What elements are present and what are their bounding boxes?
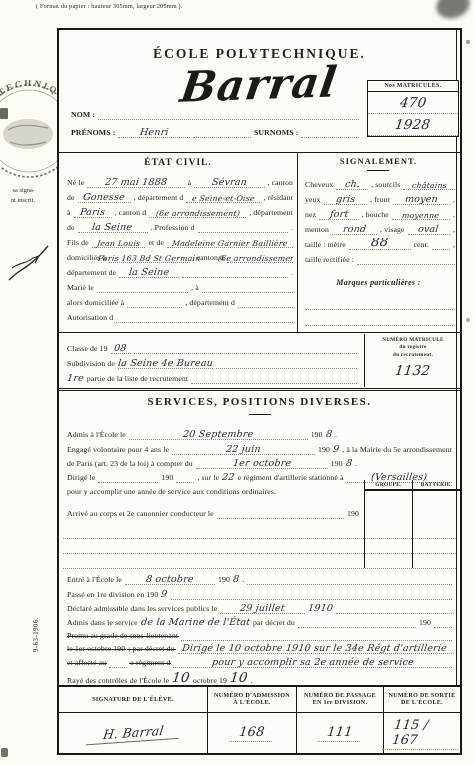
blank-line: Sévran xyxy=(194,176,264,188)
birth-line: Né le 27 mai 1888 à Sévran , canton xyxy=(67,176,293,188)
printed-label: et de xyxy=(148,238,163,248)
eyes-value: gris xyxy=(335,194,356,205)
blank-line: Gonesse xyxy=(78,191,131,203)
blank-line: fort xyxy=(319,208,358,220)
title-dash xyxy=(367,170,389,171)
printed-label: menton xyxy=(305,225,329,235)
hair-line: Cheveux ch. , sourcils châtains xyxy=(305,178,455,190)
header-line: NUMÉRO DE SORTIE xyxy=(384,693,460,699)
directed-regiment-note: Dirigé le 10 octobre 1910 sur le 34e Rég… xyxy=(182,643,448,654)
height-line: taille : mètre 88 cent. , xyxy=(305,238,455,250)
second-year-service-note: pour y accomplir sa 2e année de service xyxy=(211,657,414,668)
forehead-value: moyen xyxy=(404,194,438,205)
printed-label: Fils de xyxy=(67,238,89,248)
blank-line: (6e arrondissement) xyxy=(149,206,246,218)
handwritten-paraphe xyxy=(6,238,52,284)
cut-off-margin-text: sa signa- nt inscrit. xyxy=(0,186,35,205)
printed-label: partie de la liste de recrutement xyxy=(87,374,188,384)
blank-line: 27 mai 1888 xyxy=(87,176,184,188)
signature-cell: H. Barral xyxy=(59,713,207,753)
printed-label: , sourcils xyxy=(371,180,400,190)
printed-label: , département d xyxy=(185,298,235,308)
classe-line: Classe de 19 08 xyxy=(67,342,357,354)
printed-label: Admis à l'École le xyxy=(67,430,126,440)
title-dash xyxy=(249,414,271,415)
affected-overwrite-line: et affecté au e régiment d pour y accomp… xyxy=(67,656,452,668)
blank-line: Paris 163 Bd St Germain xyxy=(109,251,189,263)
struck-printed-text: et affecté au xyxy=(67,658,106,668)
blank-ruled-line xyxy=(63,527,456,539)
passage-header: NUMÉRO DE PASSAGE EN 1re DIVISION. xyxy=(297,687,383,713)
printed-label: Passé en 1re division en 190 xyxy=(67,590,158,600)
state-service-line: Admis dans le service de la Marine de l'… xyxy=(67,616,452,628)
admission-header: NUMÉRO D'ADMISSION À L'ÉCOLE. xyxy=(208,687,296,713)
blank-line: oval xyxy=(408,223,450,235)
authorization-line: Autorisation d xyxy=(67,311,293,323)
printed-label: Marié le xyxy=(67,283,94,293)
blank-line xyxy=(238,296,293,308)
matricule-1132: 1132 xyxy=(394,363,431,379)
residence-canton: (6e arrondissement) xyxy=(155,209,240,218)
nose-value: fort xyxy=(329,209,349,220)
face-value: oval xyxy=(418,224,440,235)
printed-label: de xyxy=(67,193,75,203)
blank-line xyxy=(298,616,416,628)
entry-date: 8 octobre xyxy=(145,574,194,585)
printed-label: . xyxy=(242,575,244,585)
eyes-line: yeux gris , front moyen , xyxy=(305,193,455,205)
blank-line xyxy=(193,126,251,138)
printed-label: 190 xyxy=(218,575,230,585)
exit-number-cell: 115 / 167 xyxy=(384,713,460,753)
student-signature: H. Barral xyxy=(86,722,181,746)
printed-label: , xyxy=(453,240,455,250)
blank-line xyxy=(305,298,453,310)
printed-label: , à xyxy=(191,283,199,293)
blank-line xyxy=(63,557,456,569)
blank-line: moyenne xyxy=(392,208,450,220)
batterie-column: BATTERIE. xyxy=(412,480,460,568)
marks-title: Marques particulières : xyxy=(297,278,460,287)
admission-number-cell: 168 xyxy=(208,713,296,753)
box-title-line: du registre xyxy=(365,344,461,352)
admission-number-column: NUMÉRO D'ADMISSION À L'ÉCOLE. 168 xyxy=(207,687,296,753)
height-value: 88 xyxy=(370,238,390,250)
nose-line: nez fort , bouche moyenne , xyxy=(305,208,455,220)
blank-line: moyen xyxy=(393,193,450,205)
printed-label: Classe de 19 xyxy=(67,344,108,354)
scan-speck xyxy=(466,318,470,322)
subdivision-value: la Seine 4e Bureau xyxy=(117,358,213,369)
chin-value: rond xyxy=(342,224,367,235)
blank-line: 88 xyxy=(349,238,411,250)
printed-label: , résidant xyxy=(263,193,293,203)
first-division-line: Passé en 1re division en 190 9 xyxy=(67,588,452,600)
printed-label: yeux xyxy=(305,195,321,205)
blank-line xyxy=(202,281,293,293)
cut-line: nt inscrit. xyxy=(0,196,35,206)
printed-label: , xyxy=(453,225,455,235)
exit-number-column: NUMÉRO DE SORTIE DE L'ÉCOLE. 115 / 167 xyxy=(383,687,460,753)
prenoms-line: PRÉNOMS : Henri SURNOMS : xyxy=(71,126,359,138)
promoted-struck-line: Promu au grade de sous-lieutenant xyxy=(67,629,452,641)
recruitment-matricule-value: 1132 xyxy=(365,362,461,380)
blank-line xyxy=(98,471,158,483)
passage-number: 111 xyxy=(317,725,363,742)
printed-label: , canton d xyxy=(115,208,147,218)
printed-label: alors domiciliée à xyxy=(67,298,124,308)
father-name: Jean Louis xyxy=(96,239,140,248)
groupe-batterie-table: GROUPE. BATTERIE. xyxy=(364,480,460,568)
directed-overwrite-line: le 1er octobre 190 ; par décret du Dirig… xyxy=(67,642,452,654)
prenoms-label: PRÉNOMS : xyxy=(71,128,115,138)
groupe-header: GROUPE. xyxy=(365,480,412,491)
printed-label: , front xyxy=(370,195,390,205)
printed-label: Entré à l'École le xyxy=(67,575,122,585)
admissible-date: 29 juillet xyxy=(240,603,286,614)
parents-departement: la Seine xyxy=(128,267,170,278)
printed-label: Né le xyxy=(67,178,84,188)
box-title-line: du recrutement. xyxy=(365,352,461,360)
printed-label: Autorisation d xyxy=(67,313,113,323)
matricule-value-1: 470 xyxy=(368,92,458,114)
exit-header: NUMÉRO DE SORTIE DE L'ÉCOLE. xyxy=(384,687,460,713)
marriage-line: Marié le , à xyxy=(67,281,293,293)
matricule-value-2: 1928 xyxy=(368,114,458,136)
printed-label: pour y accomplir une année de service au… xyxy=(67,487,276,497)
canton-value: Gonesse xyxy=(83,192,126,203)
batterie-header: BATTERIE. xyxy=(413,480,460,491)
printed-label: Engagé volontaire pour 4 ans le xyxy=(67,445,169,455)
surname-handwritten: Barral xyxy=(151,56,368,113)
engagement-year: 9 xyxy=(332,444,340,455)
header-line: NUMÉRO D'ADMISSION xyxy=(208,693,296,699)
groupe-column: GROUPE. xyxy=(364,480,412,568)
blank-line: 22 juin xyxy=(172,443,315,455)
nom-label: NOM : xyxy=(71,110,95,120)
blank-line xyxy=(216,357,357,369)
blank-line xyxy=(171,588,452,600)
services-title: SERVICES, POSITIONS DIVERSES. xyxy=(59,396,460,408)
birth-date: 27 mai 1888 xyxy=(104,177,168,188)
printed-label: . xyxy=(335,430,337,440)
printed-label: taille rectifiée : xyxy=(305,255,354,265)
blank-line xyxy=(301,126,359,138)
printed-label: . Profession d xyxy=(151,223,195,233)
cut-line: sa signa- xyxy=(0,186,35,196)
blank-line: 08 xyxy=(111,342,131,354)
admission-number: 168 xyxy=(229,725,275,742)
height-corrected-line: taille rectifiée : xyxy=(305,253,455,265)
recruitment-box-title: NUMÉRO MATRICULE du registre du recrutem… xyxy=(365,334,461,360)
blank-line xyxy=(97,281,188,293)
printed-label: 190 xyxy=(331,459,343,469)
effective-date: 1er octobre xyxy=(232,458,292,469)
matricule-box-title: Nos MATRICULES. xyxy=(368,81,458,92)
inner-border-line xyxy=(456,30,457,753)
printed-label: cent. xyxy=(414,240,429,250)
header-line: SIGNATURE DE L'ÉLÈVE. xyxy=(59,697,207,703)
matricule-1: 470 xyxy=(399,95,427,111)
blank-line: ch. xyxy=(336,178,368,190)
blank-line: pour y accomplir sa 2e année de service xyxy=(173,656,452,668)
arrived-corps-line: Arrivé au corps et 2e canonnier conducte… xyxy=(67,507,359,519)
residence-departement: la Seine xyxy=(92,222,134,233)
printed-label: , xyxy=(453,210,455,220)
printed-label: taille : mètre xyxy=(305,240,346,250)
printed-label: 190 xyxy=(419,618,431,628)
blank-line xyxy=(336,602,452,614)
footer-numbers-table: SIGNATURE DE L'ÉLÈVE. H. Barral NUMÉRO D… xyxy=(59,685,460,753)
printed-label: Subdivision de xyxy=(67,359,115,369)
blank-line xyxy=(98,108,359,120)
mother-name: Madeleine Garnier Baillière xyxy=(172,239,289,248)
struck-printed-text: Promu au grade de sous-lieutenant xyxy=(67,631,178,641)
blank-line xyxy=(247,573,452,585)
subdivision-line: Subdivision de la Seine 4e Bureau xyxy=(67,357,357,369)
printed-label: 190 xyxy=(161,473,173,483)
parents-canton: (6e arrondissement) xyxy=(217,254,293,263)
entered-school-line: Entré à l'École le 8 octobre 190 8 . xyxy=(67,573,452,585)
blank-line: (6e arrondissement) xyxy=(227,251,293,263)
eyebrows-value: châtains xyxy=(411,181,447,190)
volunteer-line: Engagé volontaire pour 4 ans le 22 juin … xyxy=(67,443,452,455)
matricule-2: 1928 xyxy=(394,117,431,133)
printed-label: Arrivé au corps et 2e canonnier conducte… xyxy=(67,509,214,519)
blank-line: 1er octobre xyxy=(196,457,328,469)
signalement-title: SIGNALEMENT. xyxy=(297,156,460,166)
blank-line: 8 octobre xyxy=(125,573,215,585)
blank-line xyxy=(434,616,452,628)
header-line: À L'ÉCOLE. xyxy=(208,700,296,706)
blank-ruled-line xyxy=(63,557,456,569)
blank-line: la Seine 4e Bureau xyxy=(118,357,213,369)
domicile-line: domiciliés à Paris 163 Bd St Germain , c… xyxy=(67,251,293,263)
blank-line: la Seine xyxy=(78,221,148,233)
struck-printed-text: ; par décret du xyxy=(128,644,174,654)
matricule-box: Nos MATRICULES. 470 1928 xyxy=(367,80,459,137)
admissible-line: Déclaré admissible dans les services pub… xyxy=(67,602,452,614)
blank-line xyxy=(63,542,456,554)
admission-date: 20 Septembre xyxy=(182,429,254,440)
service-branch: de la Marine de l'État xyxy=(140,617,251,628)
passage-number-cell: 111 xyxy=(297,713,383,753)
residence-line: à Paris , canton d (6e arrondissement) ,… xyxy=(67,206,293,218)
prenoms-value: Henri xyxy=(139,127,169,138)
engagement-date: 22 juin xyxy=(225,444,261,455)
printed-label: 190 xyxy=(347,509,359,519)
blank-line xyxy=(182,266,288,278)
printed-label: de xyxy=(67,223,75,233)
printed-label: , à la Mairie du 5e arrondissement xyxy=(342,445,452,455)
admitted-line: Admis à l'École le 20 Septembre 190 8 . xyxy=(67,428,337,440)
chin-line: menton rond , visage oval , xyxy=(305,223,455,235)
liste-line: 1re partie de la liste de recrutement xyxy=(67,372,357,384)
printed-label: . xyxy=(355,459,357,469)
printed-label: à xyxy=(67,208,71,218)
profession-line: de la Seine . Profession d . xyxy=(67,221,293,233)
scan-speck xyxy=(1,748,8,757)
blank-line xyxy=(357,253,455,265)
blank-line: 29 juillet xyxy=(220,602,305,614)
column-divider xyxy=(297,152,298,333)
service-conditions-line: pour y accomplir une année de service au… xyxy=(67,487,357,497)
form-sheet: ÉCOLE POLYTECHNIQUE. Barral NOM : PRÉNOM… xyxy=(57,28,462,755)
blank-line xyxy=(217,507,344,519)
printed-label: par décret du xyxy=(253,618,295,628)
printed-label: département de xyxy=(67,268,116,278)
printed-label: , sur le xyxy=(197,473,219,483)
printed-label: , canton xyxy=(268,178,293,188)
scan-speck xyxy=(466,40,470,44)
blank-line: Henri xyxy=(118,126,190,138)
etat-civil-title: ÉTAT CIVIL. xyxy=(59,158,297,168)
printed-label: Dirigé le xyxy=(67,473,95,483)
regiment-number: 22 xyxy=(221,472,235,483)
blank-line xyxy=(305,314,453,326)
residence-city: Paris xyxy=(79,207,105,218)
printed-label: , département xyxy=(249,208,293,218)
blank-line xyxy=(191,372,357,384)
birth-place: Sévran xyxy=(211,177,247,188)
blank-line xyxy=(63,527,456,539)
struck-printed-text: e régiment d xyxy=(130,658,170,668)
blank-line xyxy=(198,221,288,233)
printed-label: . xyxy=(291,223,293,233)
printed-label: , département d xyxy=(134,193,184,203)
liste-part-value: 1re xyxy=(67,373,85,384)
blank-line xyxy=(116,311,293,323)
signature-column: SIGNATURE DE L'ÉLÈVE. H. Barral xyxy=(59,687,207,753)
blank-line: Dirigé le 10 octobre 1910 sur le 34e Rég… xyxy=(178,642,452,654)
admission-year: 8 xyxy=(325,429,333,440)
blank-line: Madeleine Garnier Baillière xyxy=(167,236,293,248)
exit-number: 115 / 167 xyxy=(382,718,462,750)
printed-label: , visage xyxy=(380,225,405,235)
struck-printed-text: le 1er octobre 190 xyxy=(67,644,125,654)
blank-line xyxy=(127,296,182,308)
division-year: 9 xyxy=(161,589,169,600)
printed-label: 190 xyxy=(318,445,330,455)
marks-blank-2 xyxy=(305,314,453,326)
mouth-value: moyenne xyxy=(402,211,440,220)
marks-blank-1 xyxy=(305,298,453,310)
ink-smudge xyxy=(433,0,473,23)
departement-line: département de la Seine . xyxy=(67,266,293,278)
printed-label: e régiment d'artillerie stationné à xyxy=(238,473,344,483)
printed-label: à xyxy=(188,178,192,188)
signature-header: SIGNATURE DE L'ÉLÈVE. xyxy=(59,687,207,713)
heavy-divider xyxy=(59,388,460,391)
effective-year: 8 xyxy=(345,458,353,469)
blank-line: châtains xyxy=(403,178,455,190)
box-title-line: NUMÉRO MATRICULE xyxy=(365,337,461,345)
spouse-domicile-line: alors domiciliée à , département d xyxy=(67,296,293,308)
blank-line: rond xyxy=(332,223,377,235)
printed-label: nez xyxy=(305,210,316,220)
header-line: EN 1re DIVISION. xyxy=(297,700,383,706)
blank-line xyxy=(109,656,127,668)
struck-off-line: Rayé des contrôles de l'École le 10 octo… xyxy=(67,670,317,686)
parents-line: Fils de Jean Louis et de Madeleine Garni… xyxy=(67,236,293,248)
printed-label: . xyxy=(291,268,293,278)
blank-line: Jean Louis xyxy=(92,236,146,248)
printed-label: Admis dans le service xyxy=(67,618,138,628)
blank-line xyxy=(432,238,450,250)
recruitment-matricule-box: NUMÉRO MATRICULE du registre du recrutem… xyxy=(364,334,461,387)
departement-value: e Seine-et-Oise xyxy=(192,194,256,203)
blank-line: gris xyxy=(324,193,368,205)
blank-line xyxy=(176,471,194,483)
effective-date-line: de Paris (art. 23 de la loi) à compter d… xyxy=(67,457,357,469)
blank-ruled-line xyxy=(63,542,456,554)
printed-label: 190 xyxy=(311,430,323,440)
nom-line: NOM : xyxy=(71,108,359,120)
blank-line xyxy=(181,629,452,641)
printed-label: Cheveux xyxy=(305,180,333,190)
blank-line: la Seine xyxy=(119,266,179,278)
blank-line: e Seine-et-Oise xyxy=(186,191,260,203)
struck-off-year: 10 xyxy=(229,670,249,686)
printed-label: , xyxy=(453,195,455,205)
blank-line: Paris xyxy=(74,206,112,218)
scanned-registration-form: { "note": "( Format du papier : hauteur … xyxy=(0,0,474,765)
admissible-year: 1910 xyxy=(307,603,333,614)
section-divider xyxy=(59,152,460,153)
parents-address: Paris 163 Bd St Germain xyxy=(98,254,202,263)
canton-line: de Gonesse , département d e Seine-et-Oi… xyxy=(67,191,293,203)
blank-line xyxy=(134,342,357,354)
printed-label: de Paris (art. 23 de la loi) à compter d… xyxy=(67,459,193,469)
passage-number-column: NUMÉRO DE PASSAGE EN 1re DIVISION. 111 xyxy=(296,687,383,753)
print-reference-code: 9-63-1906. xyxy=(33,572,40,652)
hair-value: ch. xyxy=(344,179,360,190)
entry-year: 8 xyxy=(232,574,240,585)
classe-year: 08 xyxy=(114,343,128,354)
printed-label: , bouche xyxy=(362,210,389,220)
struck-off-day: 10 xyxy=(171,670,191,686)
blank-line: 20 Septembre xyxy=(129,428,308,440)
surnoms-label: SURNOMS : xyxy=(254,128,298,138)
printed-label: Déclaré admissible dans les services pub… xyxy=(67,604,217,614)
paper-format-note: ( Format du papier : hauteur 305mm, larg… xyxy=(36,3,183,10)
header-line: DE L'ÉCOLE. xyxy=(384,700,460,706)
header-line: NUMÉRO DE PASSAGE xyxy=(297,693,383,699)
